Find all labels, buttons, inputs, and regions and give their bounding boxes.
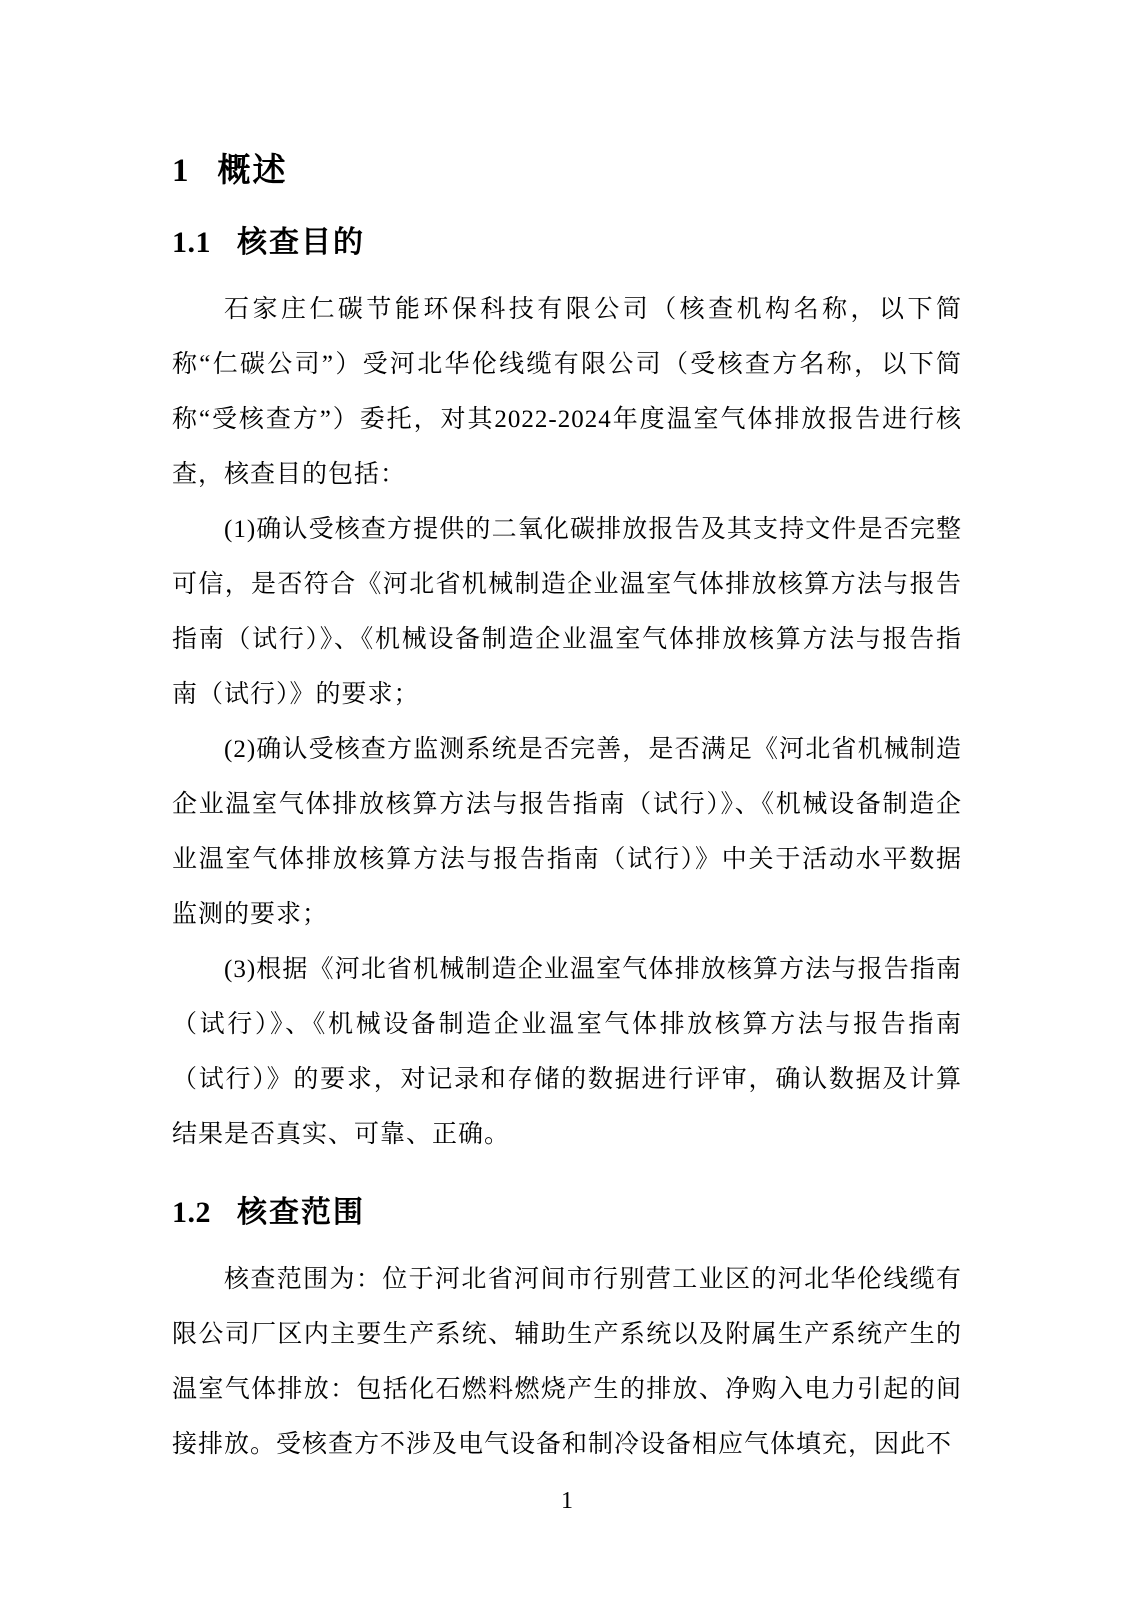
section-heading-1-2: 1.2核查范围	[172, 1194, 962, 1232]
page-number: 1	[172, 1486, 962, 1516]
section-title: 核查目的	[237, 226, 365, 259]
section-title: 核查范围	[237, 1196, 365, 1229]
chapter-number: 1	[172, 150, 190, 192]
paragraph-purpose-item-2: (2)确认受核查方监测系统是否完善，是否满足《河北省机械制造企业温室气体排放核算…	[172, 722, 962, 942]
chapter-heading: 1概述	[172, 150, 962, 192]
section-heading-1-1: 1.1核查目的	[172, 224, 962, 262]
paragraph-verification-scope: 核查范围为：位于河北省河间市行别营工业区的河北华伦线缆有限公司厂区内主要生产系统…	[172, 1252, 962, 1472]
paragraph-verification-purpose-intro: 石家庄仁碳节能环保科技有限公司（核查机构名称，以下简称“仁碳公司”）受河北华伦线…	[172, 282, 962, 502]
chapter-title: 概述	[218, 153, 288, 189]
paragraph-purpose-item-1: (1)确认受核查方提供的二氧化碳排放报告及其支持文件是否完整可信，是否符合《河北…	[172, 502, 962, 722]
section-number: 1.2	[172, 1194, 211, 1232]
document-page: 1概述 1.1核查目的 石家庄仁碳节能环保科技有限公司（核查机构名称，以下简称“…	[0, 0, 1132, 1600]
paragraph-purpose-item-3: (3)根据《河北省机械制造企业温室气体排放核算方法与报告指南（试行）》、《机械设…	[172, 942, 962, 1162]
section-number: 1.1	[172, 224, 211, 262]
